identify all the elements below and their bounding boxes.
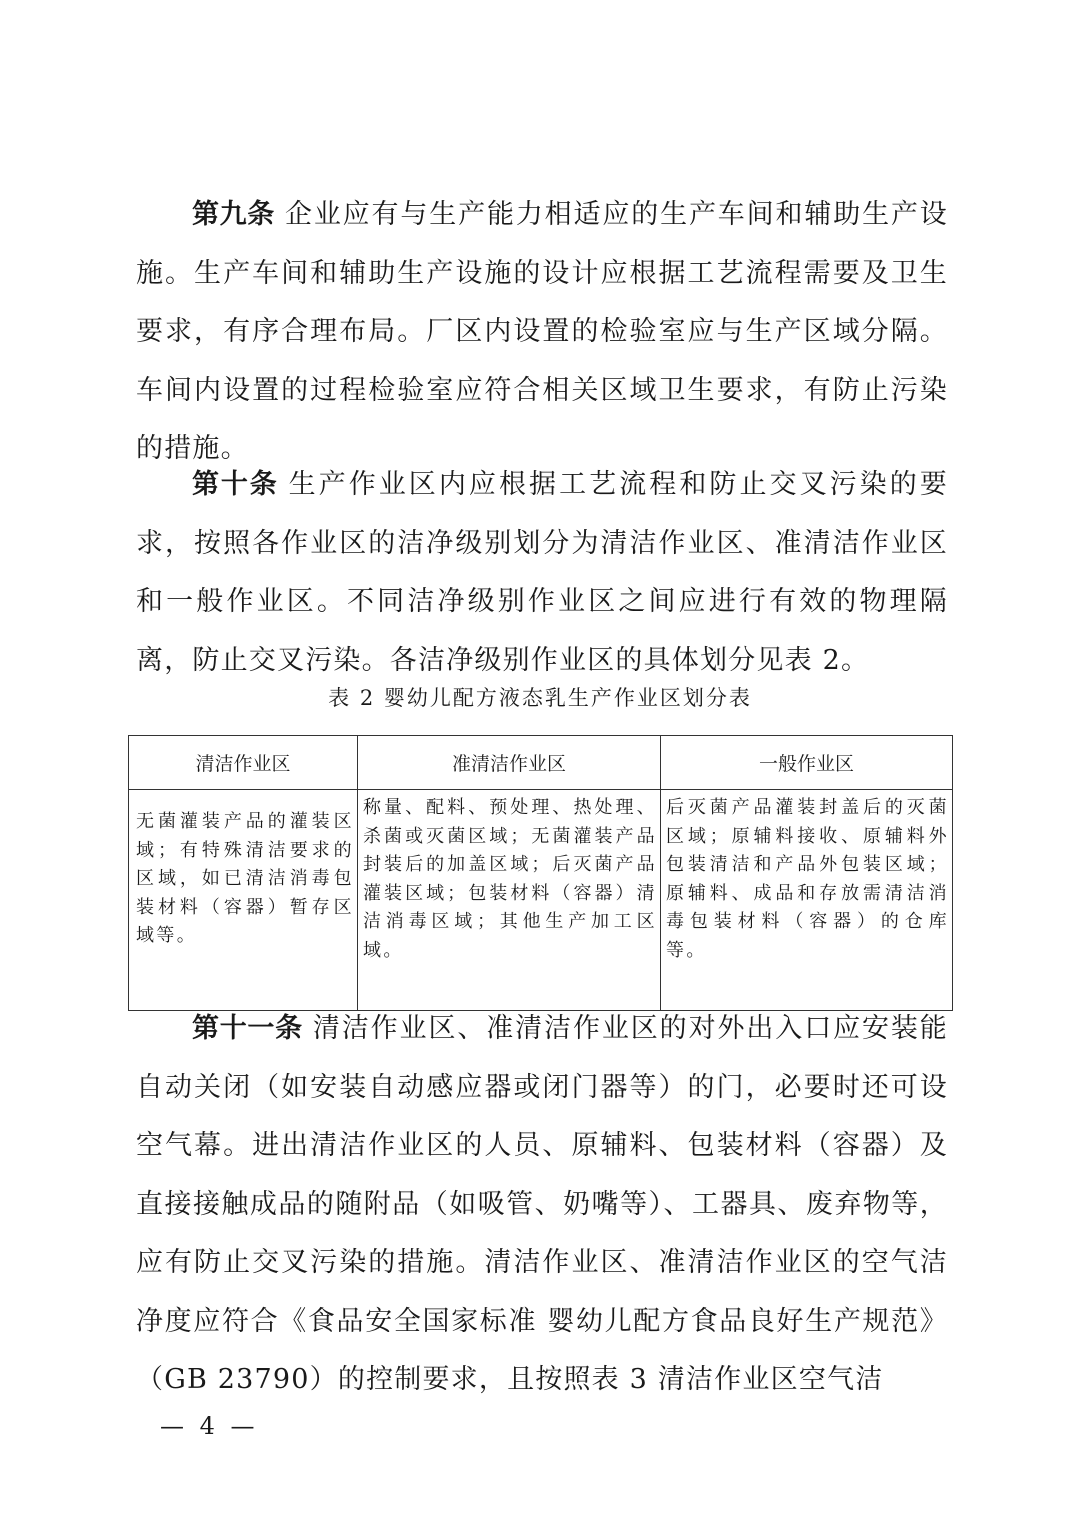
article-11-body: 清洁作业区、准清洁作业区的对外出入口应安装能自动关闭（如安装自动感应器或闭门器等… [136, 1013, 948, 1395]
table-header-row: 清洁作业区 准清洁作业区 一般作业区 [129, 736, 953, 790]
header-general-zone: 一般作业区 [661, 736, 953, 790]
article-10-heading: 第十条 [136, 469, 279, 500]
article-9-body: 企业应有与生产能力相适应的生产车间和辅助生产设施。生产车间和辅助生产设施的设计应… [136, 199, 948, 464]
header-semi-clean-zone: 准清洁作业区 [358, 736, 661, 790]
cell-general-zone: 后灭菌产品灌装封盖后的灭菌区域；原辅料接收、原辅料外包装清洁和产品外包装区域；原… [661, 790, 953, 1011]
page-number: — 4 — [160, 1412, 259, 1440]
cell-semi-clean-zone: 称量、配料、预处理、热处理、杀菌或灭菌区域；无菌灌装产品封装后的加盖区域；后灭菌… [358, 790, 661, 1011]
article-11: 第十一条清洁作业区、准清洁作业区的对外出入口应安装能自动关闭（如安装自动感应器或… [136, 1000, 948, 1410]
article-9-heading: 第九条 [136, 199, 275, 230]
header-clean-zone: 清洁作业区 [129, 736, 358, 790]
table-2-caption: 表 2 婴幼儿配方液态乳生产作业区划分表 [0, 682, 1080, 712]
zone-division-table: 清洁作业区 准清洁作业区 一般作业区 无菌灌装产品的灌装区域；有特殊清洁要求的区… [128, 735, 953, 1011]
article-11-heading: 第十一条 [136, 1013, 303, 1044]
article-9: 第九条企业应有与生产能力相适应的生产车间和辅助生产设施。生产车间和辅助生产设施的… [136, 186, 948, 479]
table-row: 无菌灌装产品的灌装区域；有特殊清洁要求的区域，如已清洁消毒包装材料（容器）暂存区… [129, 790, 953, 1011]
cell-clean-zone: 无菌灌装产品的灌装区域；有特殊清洁要求的区域，如已清洁消毒包装材料（容器）暂存区… [129, 790, 358, 1011]
article-10: 第十条生产作业区内应根据工艺流程和防止交叉污染的要求，按照各作业区的洁净级别划分… [136, 456, 948, 690]
